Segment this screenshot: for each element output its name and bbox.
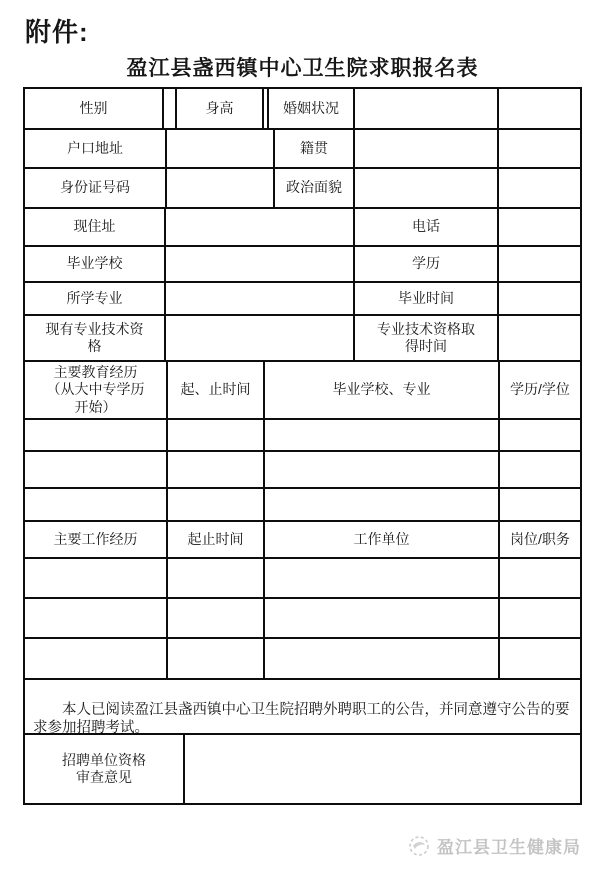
blank-cell [168, 559, 265, 597]
blank-cell [499, 89, 580, 128]
blank-cell [499, 169, 580, 207]
major-value-cell [166, 283, 355, 314]
application-form-page: 附件: 盈江县盏西镇中心卫生院求职报名表 性别 身高 婚姻状况 户口地址 籍贯 … [0, 0, 605, 872]
household-address-value-cell [167, 130, 275, 167]
graduate-school-label: 毕业学校 [25, 247, 166, 281]
education-time-column-header: 起、止时间 [168, 362, 265, 418]
gender-value-cell [164, 89, 177, 128]
table-row: 现有专业技术资 格 专业技术资格取 得时间 [25, 316, 580, 362]
id-number-value-cell [167, 169, 275, 207]
table-row: 性别 身高 婚姻状况 [25, 89, 580, 130]
blank-cell [500, 639, 580, 678]
education-section-label: 主要教育经历 （从大中专学历 开始） [25, 362, 168, 418]
id-number-label: 身份证号码 [25, 169, 167, 207]
health-bureau-watermark: 盈江县卫生健康局 [407, 833, 581, 858]
review-opinion-value-cell [185, 735, 580, 803]
current-address-label: 现住址 [25, 209, 166, 245]
household-address-label: 户口地址 [25, 130, 167, 167]
graduation-date-label: 毕业时间 [355, 283, 499, 314]
attachment-label: 附件: [25, 12, 89, 49]
blank-cell [500, 559, 580, 597]
health-bureau-logo-icon [407, 834, 431, 858]
gender-label: 性别 [25, 89, 164, 128]
review-opinion-label: 招聘单位资格 审查意见 [25, 735, 185, 803]
declaration-cell: 本人已阅读盈江县盏西镇中心卫生院招聘外聘职工的公告，并同意遵守公告的要求参加招聘… [25, 680, 580, 733]
blank-cell [25, 599, 168, 637]
work-blank-row [25, 599, 580, 639]
phone-label: 电话 [355, 209, 499, 245]
education-school-column-header: 毕业学校、专业 [265, 362, 500, 418]
table-row: 现住址 电话 [25, 209, 580, 247]
marital-status-value-cell [355, 89, 499, 128]
table-row: 身份证号码 政治面貌 [25, 169, 580, 209]
work-position-column-header: 岗位/职务 [500, 522, 580, 557]
declaration-row: 本人已阅读盈江县盏西镇中心卫生院招聘外聘职工的公告，并同意遵守公告的要求参加招聘… [25, 680, 580, 735]
qualification-date-label: 专业技术资格取 得时间 [355, 316, 499, 360]
table-row: 毕业学校 学历 [25, 247, 580, 283]
blank-cell [265, 559, 500, 597]
major-label: 所学专业 [25, 283, 166, 314]
current-address-value-cell [166, 209, 355, 245]
work-blank-row [25, 639, 580, 680]
blank-cell [265, 639, 500, 678]
blank-cell [265, 489, 500, 520]
declaration-text: 本人已阅读盈江县盏西镇中心卫生院招聘外聘职工的公告，并同意遵守公告的要求参加招聘… [33, 701, 572, 733]
current-qualification-value-cell [166, 316, 355, 360]
blank-cell [499, 130, 580, 167]
education-level-value-cell [499, 247, 580, 281]
table-row: 户口地址 籍贯 [25, 130, 580, 169]
blank-cell [25, 639, 168, 678]
political-status-value-cell [355, 169, 499, 207]
blank-cell [168, 452, 265, 487]
blank-cell [500, 420, 580, 450]
height-label: 身高 [177, 89, 264, 128]
education-header-row: 主要教育经历 （从大中专学历 开始） 起、止时间 毕业学校、专业 学历/学位 [25, 362, 580, 420]
watermark-text: 盈江县卫生健康局 [437, 833, 581, 858]
blank-cell [265, 452, 500, 487]
blank-cell [25, 489, 168, 520]
page-title: 盈江县盏西镇中心卫生院求职报名表 [0, 52, 605, 82]
education-blank-row [25, 420, 580, 452]
graduation-date-value-cell [499, 283, 580, 314]
work-employer-column-header: 工作单位 [265, 522, 500, 557]
graduate-school-value-cell [166, 247, 355, 281]
marital-status-label: 婚姻状况 [269, 89, 355, 128]
native-place-label: 籍贯 [275, 130, 355, 167]
work-section-label: 主要工作经历 [25, 522, 168, 557]
blank-cell [168, 599, 265, 637]
political-status-label: 政治面貌 [275, 169, 355, 207]
blank-cell [265, 420, 500, 450]
work-time-column-header: 起止时间 [168, 522, 265, 557]
native-place-value-cell [355, 130, 499, 167]
blank-cell [500, 452, 580, 487]
education-degree-column-header: 学历/学位 [500, 362, 580, 418]
blank-cell [168, 420, 265, 450]
blank-cell [265, 599, 500, 637]
education-level-label: 学历 [355, 247, 499, 281]
education-blank-row [25, 489, 580, 522]
blank-cell [500, 599, 580, 637]
blank-cell [25, 420, 168, 450]
work-header-row: 主要工作经历 起止时间 工作单位 岗位/职务 [25, 522, 580, 559]
blank-cell [25, 559, 168, 597]
review-row: 招聘单位资格 审查意见 [25, 735, 580, 803]
current-qualification-label: 现有专业技术资 格 [25, 316, 166, 360]
blank-cell [25, 452, 168, 487]
application-form-table: 性别 身高 婚姻状况 户口地址 籍贯 身份证号码 政治面貌 现住址 [23, 87, 582, 805]
phone-value-cell [499, 209, 580, 245]
education-blank-row [25, 452, 580, 489]
blank-cell [168, 489, 265, 520]
work-blank-row [25, 559, 580, 599]
blank-cell [500, 489, 580, 520]
qualification-date-value-cell [499, 316, 580, 360]
blank-cell [168, 639, 265, 678]
table-row: 所学专业 毕业时间 [25, 283, 580, 316]
